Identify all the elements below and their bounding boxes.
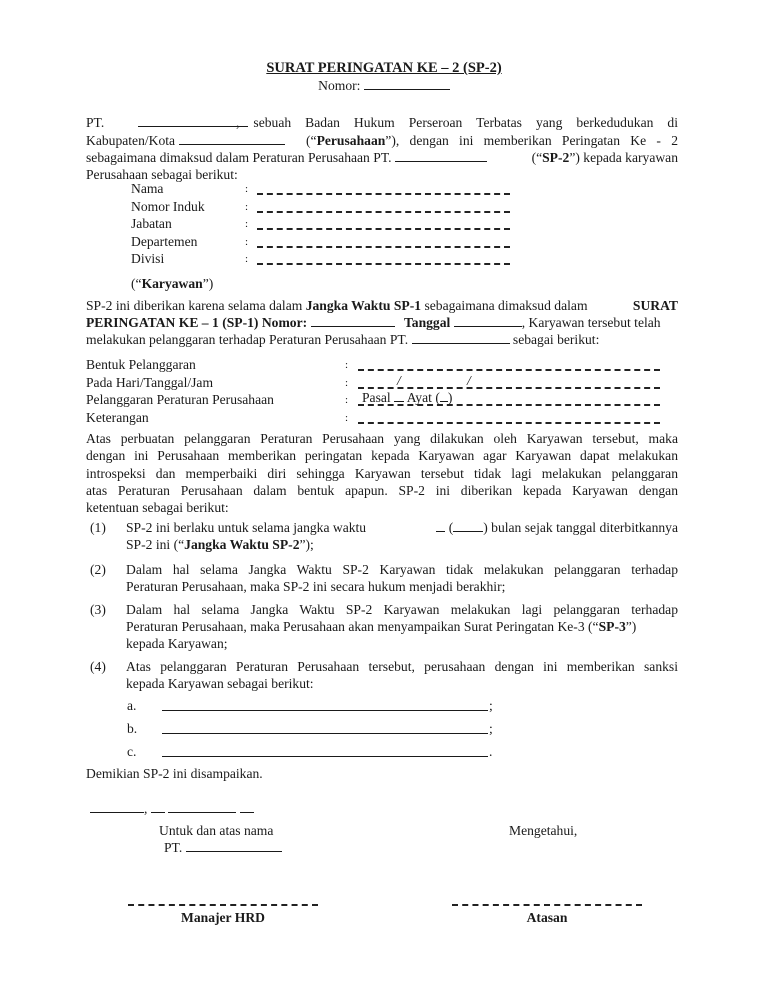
reason-pt-blank[interactable] bbox=[412, 332, 510, 344]
nomor-blank[interactable] bbox=[364, 78, 450, 90]
provision-4-line-1: Atas pelanggaran Peraturan Perusahaan te… bbox=[126, 659, 678, 675]
supervisor-title: Atasan bbox=[452, 910, 642, 926]
colon: : bbox=[345, 394, 348, 406]
employee-field-label: Nomor Induk bbox=[131, 199, 205, 215]
sanction-label: b. bbox=[127, 721, 137, 737]
colon: : bbox=[345, 412, 348, 424]
karyawan-definition: (“Karyawan”) bbox=[131, 276, 213, 292]
paragraph-line: atas Peraturan Perusahaan dalam bentuk a… bbox=[86, 483, 678, 499]
city-blank[interactable] bbox=[179, 133, 285, 145]
sanction-label: a. bbox=[127, 698, 136, 714]
regulation-pt-blank[interactable] bbox=[395, 150, 487, 162]
provision-2-number: (2) bbox=[90, 562, 106, 578]
place-blank[interactable] bbox=[90, 801, 144, 813]
employee-field-label: Nama bbox=[131, 181, 163, 197]
colon: : bbox=[245, 183, 248, 195]
sanction-input[interactable] bbox=[162, 710, 488, 711]
violation-field-input[interactable] bbox=[358, 369, 660, 371]
document-page: SURAT PERINGATAN KE – 2 (SP-2) Nomor: PT… bbox=[0, 0, 768, 994]
paragraph-line: dengan ini Perusahaan memberikan peringa… bbox=[86, 448, 678, 464]
colon: : bbox=[245, 236, 248, 248]
sign-pt-blank[interactable] bbox=[186, 840, 282, 852]
sanction-label: c. bbox=[127, 744, 136, 760]
document-title: SURAT PERINGATAN KE – 2 (SP-2) bbox=[0, 60, 768, 77]
violation-field-label: Pelanggaran Peraturan Perusahaan bbox=[86, 392, 274, 408]
sanction-input[interactable] bbox=[162, 733, 488, 734]
hrd-signature-line[interactable] bbox=[128, 904, 318, 906]
month-blank[interactable] bbox=[168, 801, 236, 813]
reason-line-3: melakukan pelanggaran terhadap Peraturan… bbox=[86, 332, 678, 348]
year-blank[interactable] bbox=[240, 801, 254, 813]
sanction-input[interactable] bbox=[162, 756, 488, 757]
colon: : bbox=[245, 253, 248, 265]
ayat-blank[interactable] bbox=[440, 390, 448, 402]
intro-line-4: Perusahaan sebagai berikut: bbox=[86, 167, 678, 183]
paragraph-line: introspeksi dan memperbaiki diri sehingg… bbox=[86, 466, 678, 482]
employee-field-label: Jabatan bbox=[131, 216, 172, 232]
provision-2-line-2: Peraturan Perusahaan, maka SP-2 ini seca… bbox=[126, 579, 678, 595]
employee-field-input[interactable] bbox=[257, 263, 510, 265]
date-separator: / bbox=[467, 373, 471, 389]
violation-field-label: Pada Hari/Tanggal/Jam bbox=[86, 375, 213, 391]
provision-4-number: (4) bbox=[90, 659, 106, 675]
provision-1-line-1: SP-2 ini berlaku untuk selama jangka wak… bbox=[126, 520, 678, 536]
sign-right-line-1: Mengetahui, bbox=[509, 823, 577, 839]
provision-3-line-3: kepada Karyawan; bbox=[126, 636, 678, 652]
employee-field-label: Divisi bbox=[131, 251, 164, 267]
duration-number-blank[interactable] bbox=[436, 520, 445, 532]
sanction-end: . bbox=[489, 744, 492, 760]
paragraph-line: Atas perbuatan pelanggaran Peraturan Per… bbox=[86, 431, 678, 447]
provision-3-line-2: Peraturan Perusahaan, maka Perusahaan ak… bbox=[126, 619, 678, 635]
sign-left-line-2: PT. bbox=[164, 840, 282, 856]
employee-field-input[interactable] bbox=[257, 228, 510, 230]
colon: : bbox=[345, 377, 348, 389]
company-name-blank[interactable] bbox=[138, 115, 248, 127]
sanction-end: ; bbox=[489, 721, 493, 737]
violation-field-input[interactable] bbox=[358, 387, 660, 389]
sp1-number-blank[interactable] bbox=[311, 315, 395, 327]
date-place-line: , bbox=[90, 801, 254, 817]
pasal-blank[interactable] bbox=[394, 390, 404, 402]
colon: : bbox=[245, 201, 248, 213]
intro-line-1: PT. , sebuah Badan Hukum Perseroan Terba… bbox=[86, 115, 678, 131]
paragraph-line: ketentuan sebagai berikut: bbox=[86, 500, 678, 516]
duration-words-blank[interactable] bbox=[453, 520, 483, 532]
reason-line-1: SP-2 ini diberikan karena selama dalam J… bbox=[86, 298, 678, 314]
intro-line-3: sebagaimana dimaksud dalam Peraturan Per… bbox=[86, 150, 678, 166]
employee-field-input[interactable] bbox=[257, 211, 510, 213]
document-number: Nomor: bbox=[0, 78, 768, 94]
violation-field-label: Keterangan bbox=[86, 410, 149, 426]
violation-field-input[interactable] bbox=[358, 422, 660, 424]
provision-3-line-1: Dalam hal selama Jangka Waktu SP-2 Karya… bbox=[126, 602, 678, 618]
pasal-ayat-text: Pasal Ayat () bbox=[362, 390, 452, 406]
provision-4-line-2: kepada Karyawan sebagai berikut: bbox=[126, 676, 678, 692]
colon: : bbox=[345, 359, 348, 371]
sanction-end: ; bbox=[489, 698, 493, 714]
provision-3-number: (3) bbox=[90, 602, 106, 618]
provision-2-line-1: Dalam hal selama Jangka Waktu SP-2 Karya… bbox=[126, 562, 678, 578]
hrd-title: Manajer HRD bbox=[128, 910, 318, 926]
violation-field-label: Bentuk Pelanggaran bbox=[86, 357, 196, 373]
date-separator: / bbox=[397, 373, 401, 389]
colon: : bbox=[245, 218, 248, 230]
sp1-date-blank[interactable] bbox=[454, 315, 522, 327]
employee-field-input[interactable] bbox=[257, 246, 510, 248]
closing-statement: Demikian SP-2 ini disampaikan. bbox=[86, 766, 263, 782]
employee-field-label: Departemen bbox=[131, 234, 197, 250]
day-blank[interactable] bbox=[151, 801, 165, 813]
employee-field-input[interactable] bbox=[257, 193, 510, 195]
reason-line-2: PERINGATAN KE – 1 (SP-1) Nomor: Tanggal … bbox=[86, 315, 678, 331]
intro-line-2: Kabupaten/Kota (“Perusahaan”), dengan in… bbox=[86, 133, 678, 149]
provision-1-line-2: SP-2 ini (“Jangka Waktu SP-2”); bbox=[126, 537, 678, 553]
supervisor-signature-line[interactable] bbox=[452, 904, 642, 906]
sign-left-line-1: Untuk dan atas nama bbox=[159, 823, 273, 839]
provision-1-number: (1) bbox=[90, 520, 106, 536]
